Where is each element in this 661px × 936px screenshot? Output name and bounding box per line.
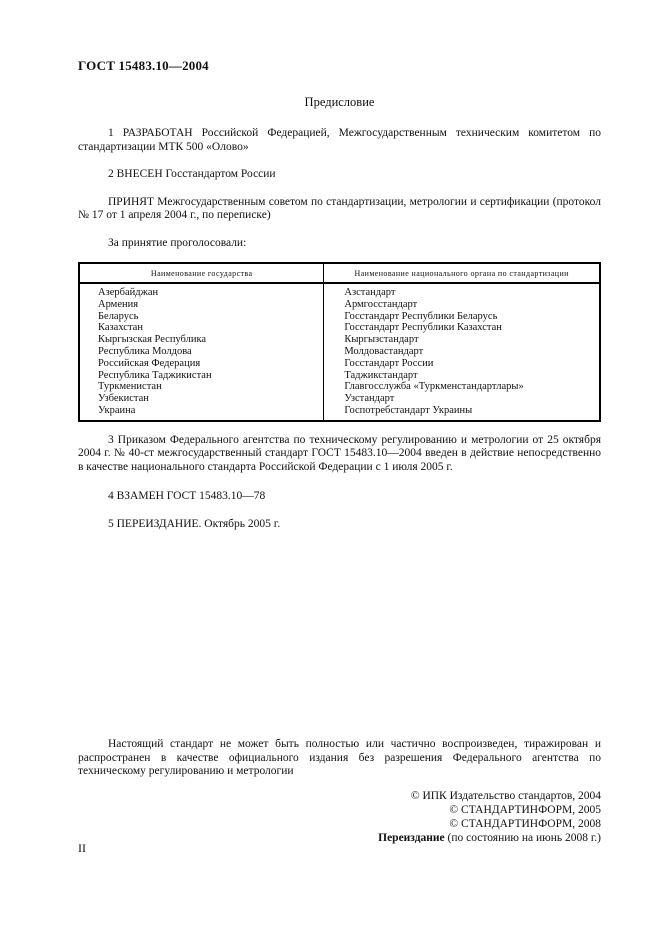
copyright-line-2: © СТАНДАРТИНФОРМ, 2005 — [78, 803, 601, 817]
state-name: Украина — [98, 405, 319, 417]
preface-item-5: 5 ПЕРЕИЗДАНИЕ. Октябрь 2005 г. — [78, 518, 601, 532]
page-content: ГОСТ 15483.10—2004 Предисловие 1 РАЗРАБО… — [78, 58, 601, 531]
page-number: II — [78, 841, 86, 856]
org-name: Госстандарт Республики Беларусь — [344, 311, 595, 323]
copyright-line-3: © СТАНДАРТИНФОРМ, 2008 — [78, 817, 601, 831]
preface-item-2: 2 ВНЕСЕН Госстандартом России — [78, 168, 601, 182]
reissue-detail: (по состоянию на июнь 2008 г.) — [445, 832, 601, 844]
org-name: Главгосслужба «Туркменстандартлары» — [344, 381, 595, 393]
state-cell: Азербайджан Армения Беларусь Казахстан К… — [79, 283, 324, 421]
vote-table-header-org: Наименование национального органа по ста… — [324, 263, 600, 283]
table-row: Азербайджан Армения Беларусь Казахстан К… — [79, 283, 600, 421]
copyright-block: © ИПК Издательство стандартов, 2004 © СТ… — [78, 789, 601, 845]
vote-table-header-state: Наименование государства — [79, 263, 324, 283]
org-name: Госпотребстандарт Украины — [344, 405, 595, 417]
state-name: Беларусь — [98, 311, 319, 323]
state-name: Кыргызская Республика — [98, 334, 319, 346]
preface-item-1: 1 РАЗРАБОТАН Российской Федерацией, Межг… — [78, 127, 601, 154]
preface-item-4: 4 ВЗАМЕН ГОСТ 15483.10—78 — [78, 490, 601, 504]
vote-table: Наименование государства Наименование на… — [78, 262, 601, 422]
state-name: Узбекистан — [98, 393, 319, 405]
org-name: Армгосстандарт — [344, 299, 595, 311]
org-name: Госстандарт Республики Казахстан — [344, 322, 595, 334]
page-title: Предисловие — [78, 95, 601, 110]
document-page: ГОСТ 15483.10—2004 Предисловие 1 РАЗРАБО… — [0, 0, 661, 936]
preface-item-3: 3 Приказом Федерального агентства по тех… — [78, 434, 601, 475]
reissue-label: Переиздание — [378, 832, 445, 844]
preface-item-2-accepted: ПРИНЯТ Межгосударственным советом по ста… — [78, 196, 601, 223]
vote-intro: За принятие проголосовали: — [78, 237, 601, 251]
state-name: Республика Таджикистан — [98, 370, 319, 382]
document-code: ГОСТ 15483.10—2004 — [78, 58, 601, 74]
org-name: Таджикстандарт — [344, 370, 595, 382]
state-name: Республика Молдова — [98, 346, 319, 358]
state-name: Туркменистан — [98, 381, 319, 393]
org-name: Кыргызстандарт — [344, 334, 595, 346]
org-name: Азстандарт — [344, 287, 595, 299]
page-footer: Настоящий стандарт не может быть полност… — [78, 738, 601, 845]
state-name: Азербайджан — [98, 287, 319, 299]
state-name: Армения — [98, 299, 319, 311]
org-name: Узстандарт — [344, 393, 595, 405]
org-name: Госстандарт России — [344, 358, 595, 370]
vote-table-header-row: Наименование государства Наименование на… — [79, 263, 600, 283]
state-name: Российская Федерация — [98, 358, 319, 370]
state-name: Казахстан — [98, 322, 319, 334]
copyright-notice: Настоящий стандарт не может быть полност… — [78, 738, 601, 779]
reissue-line: Переиздание (по состоянию на июнь 2008 г… — [78, 831, 601, 845]
org-name: Молдовастандарт — [344, 346, 595, 358]
copyright-line-1: © ИПК Издательство стандартов, 2004 — [78, 789, 601, 803]
org-cell: Азстандарт Армгосстандарт Госстандарт Ре… — [324, 283, 600, 421]
